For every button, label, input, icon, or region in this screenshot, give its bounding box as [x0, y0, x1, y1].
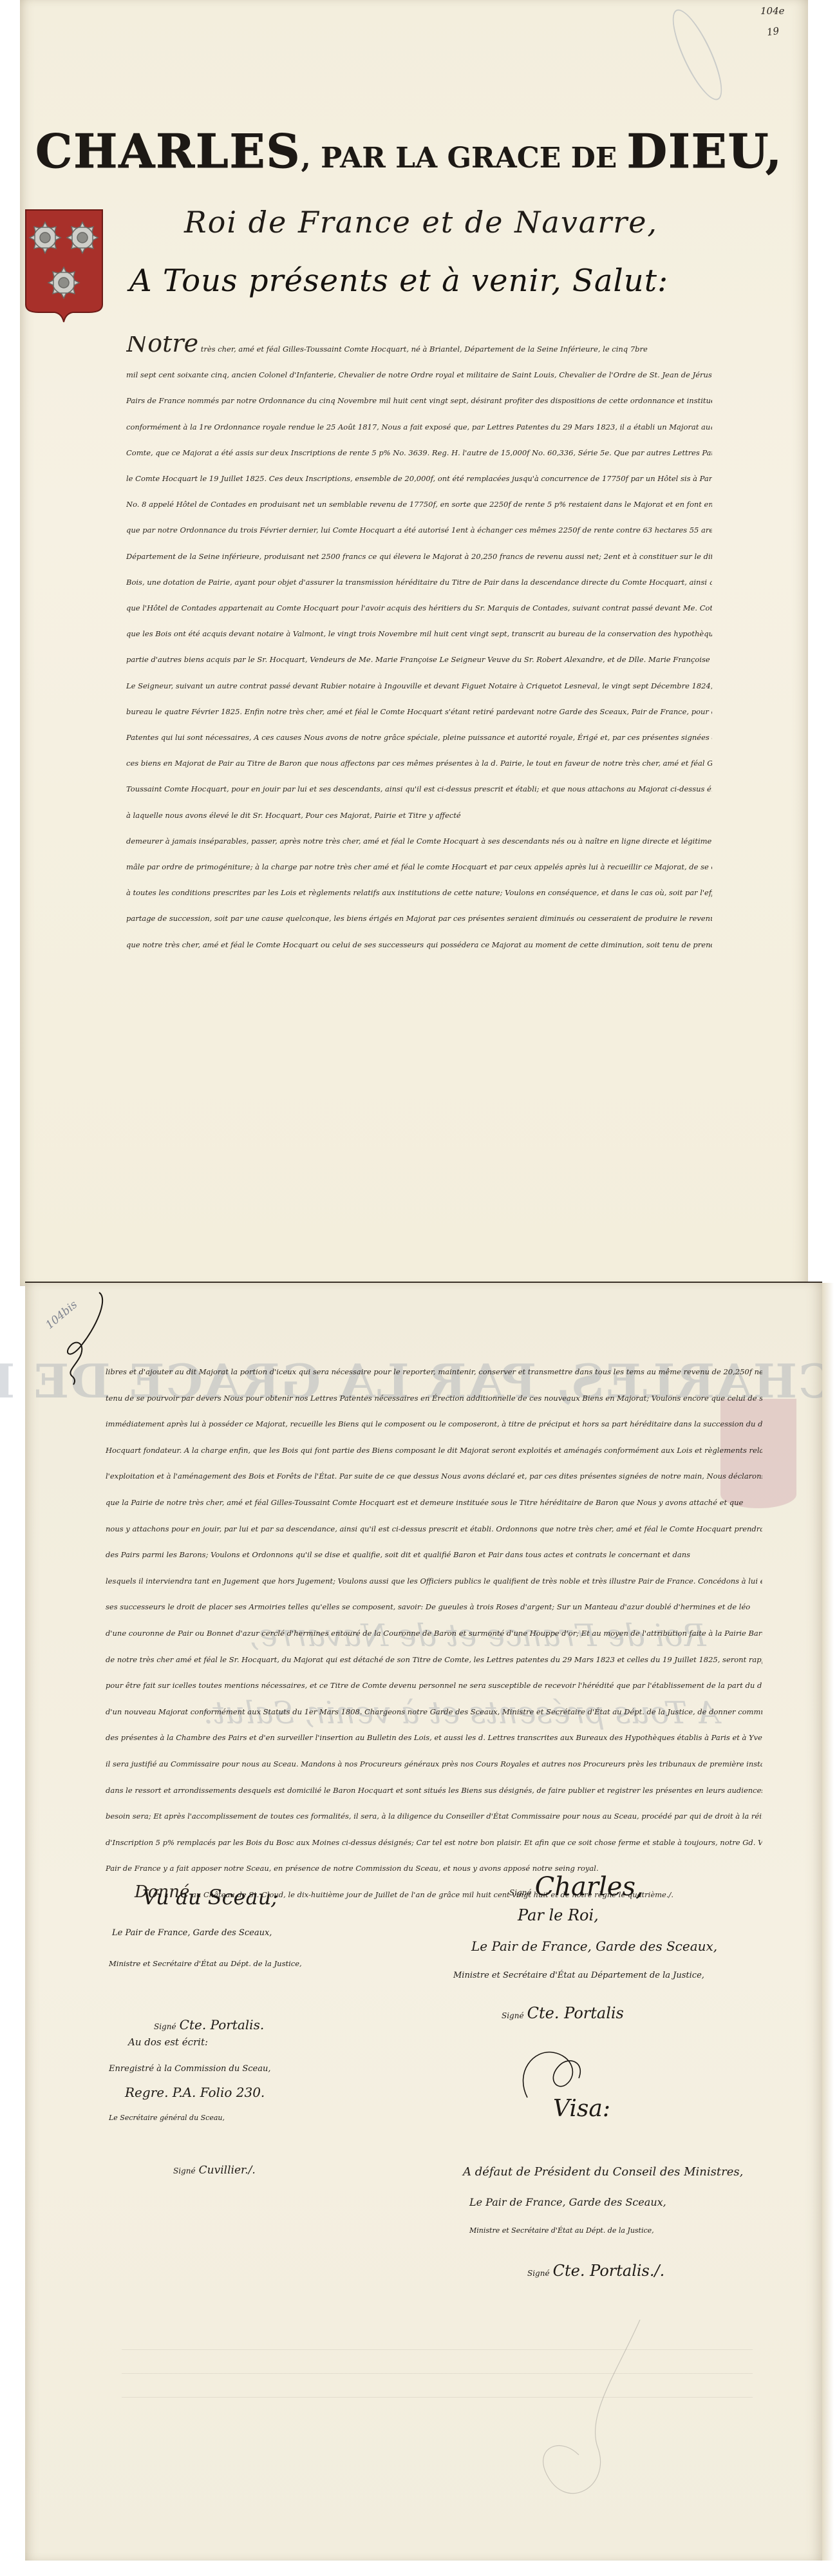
page-2: CHARLES, PAR LA GRACE DE DIEU, Roi de Fr… — [25, 1282, 822, 2561]
registration-signature-block: Signé Cuvillier./. — [173, 2164, 256, 2177]
body-line: Hocquart fondateur. A la charge enfin, q… — [106, 1437, 762, 1464]
body-line: immédiatement après lui à posséder ce Ma… — [106, 1411, 762, 1437]
portalis-signature-visa: Cte. Portalis./. — [553, 2262, 665, 2280]
body-line: nous y attachons pour en jouir, par lui … — [106, 1516, 762, 1542]
right-ministre-line: Ministre et Secrétaire d'État au Départe… — [453, 1971, 704, 1980]
body-line: Le Seigneur, suivant un autre contrat pa… — [126, 673, 712, 699]
body-line: libres et d'ajouter au dit Majorat la po… — [106, 1359, 762, 1385]
king-signature-block: Signé Charles, — [509, 1872, 644, 1902]
body-line: des Pairs parmi les Barons; Voulons et O… — [106, 1542, 762, 1568]
visa-signature-block: Signé Cte. Portalis./. — [527, 2262, 664, 2280]
body-line: tenu de se pourvoir par devers Nous pour… — [106, 1385, 762, 1412]
body-line: Toussaint Comte Hocquart, pour en jouir … — [126, 776, 712, 802]
body-line: dans le ressort et arrondissements desqu… — [106, 1777, 762, 1804]
body-line: lesquels il interviendra tant en Jugemen… — [106, 1568, 762, 1595]
body-line: d'un nouveau Majorat conformément aux St… — [106, 1699, 762, 1725]
coat-of-arms-icon — [24, 208, 104, 323]
salutation: A Tous présents et à venir, Salut: — [129, 263, 668, 299]
par-le-roi: Par le Roi, — [518, 1906, 599, 1924]
king-signature: Charles, — [535, 1872, 644, 1902]
body-line: que par notre Ordonnance du trois Févrie… — [126, 517, 712, 543]
folio-subnumber: 19 — [766, 25, 780, 38]
cuvillier-signature: Cuvillier./. — [199, 2164, 256, 2177]
body-line: que l'Hôtel de Contades appartenait au C… — [126, 595, 712, 621]
left-signature-block: Signé Cte. Portalis. — [154, 2017, 264, 2032]
bleed-through-text-lines — [122, 2326, 753, 2403]
signe-label: Signé — [509, 1888, 532, 1897]
registration-line-1: Enregistré à la Commission du Sceau, — [109, 2064, 271, 2074]
body-line: demeurer à jamais inséparables, passer, … — [126, 828, 712, 854]
body-line: Comte, que ce Majorat a été assis sur de… — [126, 440, 712, 466]
body-line: Département de la Seine inférieure, prod… — [126, 544, 712, 569]
body-line: besoin sera; Et après l'accomplissement … — [106, 1803, 762, 1830]
registration-folio: Regre. P.A. Folio 230. — [125, 2085, 265, 2100]
body-line: il sera justifié au Commissaire pour nou… — [106, 1751, 762, 1777]
title-charles: CHARLES — [35, 124, 301, 178]
body-line: que la Pairie de notre très cher, amé et… — [106, 1490, 762, 1516]
body-line: d'une couronne de Pair ou Bonnet d'azur … — [106, 1620, 762, 1647]
body-line: Notre très cher, amé et féal Gilles-Tous… — [126, 336, 712, 362]
title-comma: , — [766, 124, 783, 178]
body-line: de notre très cher amé et féal le Sr. Ho… — [106, 1647, 762, 1673]
signe-label: Signé — [154, 2022, 176, 2031]
registration-line-3: Le Secrétaire général du Sceau, — [109, 2114, 225, 2122]
au-dos-label: Au dos est écrit: — [128, 2036, 208, 2048]
body-line: Pair de France y a fait apposer notre Sc… — [106, 1855, 762, 1882]
right-garde-des-sceaux: Le Pair de France, Garde des Sceaux, — [471, 1938, 717, 1954]
body-line: des présentes à la Chambre des Pairs et … — [106, 1725, 762, 1751]
pencil-paraph-icon — [664, 4, 731, 106]
title-par-la-grace: , PAR LA GRACE DE — [301, 142, 627, 175]
body-line: à toutes les conditions prescrites par l… — [126, 880, 712, 905]
body-line: No. 8 appelé Hôtel de Contades en produi… — [126, 491, 712, 517]
body-line: ses successeurs le droit de placer ses A… — [106, 1594, 762, 1620]
signe-label: Signé — [527, 2269, 550, 2278]
portalis-signature-left: Cte. Portalis. — [180, 2017, 265, 2032]
right-signature-block: Signé Cte. Portalis — [502, 2004, 624, 2022]
pencil-mark-icon — [521, 2320, 643, 2513]
body-line: pour être fait sur icelles toutes mentio… — [106, 1672, 762, 1699]
page-1: 104e 19 CHARLES, PAR LA GRACE DE DIEU, R… — [20, 0, 808, 1286]
portalis-signature-right: Cte. Portalis — [527, 2004, 624, 2022]
body-line: que notre très cher, amé et féal le Comt… — [126, 932, 712, 958]
body-line: mâle par ordre de primogéniture; à la ch… — [126, 854, 712, 880]
body-line: d'Inscription 5 p% remplacés par les Boi… — [106, 1830, 762, 1856]
body-line: partage de succession, soit par une caus… — [126, 905, 712, 931]
body-line: Bois, une dotation de Pairie, ayant pour… — [126, 569, 712, 595]
visa-line-2: Le Pair de France, Garde des Sceaux, — [469, 2196, 666, 2208]
title-dieu: DIEU — [627, 124, 766, 178]
left-ministre-line: Ministre et Secrétaire d'État au Dépt. d… — [109, 1959, 302, 1968]
signe-label: Signé — [502, 2011, 524, 2020]
body-line: à laquelle nous avons élevé le dit Sr. H… — [126, 802, 712, 828]
paraph-icon — [61, 1289, 106, 1386]
vu-au-sceau: Vu au Sceau; — [142, 1885, 278, 1909]
visa-line-3: Ministre et Secrétaire d'État au Dépt. d… — [469, 2226, 654, 2235]
royal-subtitle: Roi de France et de Navarre, — [184, 205, 658, 240]
folio-number: 104e — [760, 5, 785, 17]
body-line: conformément à la 1re Ordonnance royale … — [126, 414, 712, 440]
body-line: Patentes qui lui sont nécessaires, A ces… — [126, 724, 712, 750]
body-line: l'exploitation et à l'aménagement des Bo… — [106, 1463, 762, 1490]
visa-line-1: A défaut de Président du Conseil des Min… — [463, 2165, 743, 2179]
body-line: partie d'autres biens acquis par le Sr. … — [126, 647, 712, 672]
lead-word: Notre — [126, 336, 198, 357]
body-line: le Comte Hocquart le 19 Juillet 1825. Ce… — [126, 466, 712, 491]
body-line: mil sept cent soixante cinq, ancien Colo… — [126, 362, 712, 388]
visa-title: Visa: — [553, 2096, 610, 2122]
body-line: que les Bois ont été acquis devant notai… — [126, 621, 712, 647]
body-line: ces biens en Majorat de Pair au Titre de… — [126, 750, 712, 776]
document-title: CHARLES, PAR LA GRACE DE DIEU, — [35, 124, 802, 178]
page-1-body: Notre très cher, amé et féal Gilles-Tous… — [126, 336, 712, 958]
page-2-body: libres et d'ajouter au dit Majorat la po… — [106, 1359, 762, 1908]
signe-label: Signé — [173, 2166, 196, 2175]
body-line: bureau le quatre Février 1825. Enfin not… — [126, 699, 712, 724]
body-line: Pairs de France nommés par notre Ordonna… — [126, 388, 712, 413]
left-garde-des-sceaux: Le Pair de France, Garde des Sceaux, — [112, 1928, 272, 1938]
